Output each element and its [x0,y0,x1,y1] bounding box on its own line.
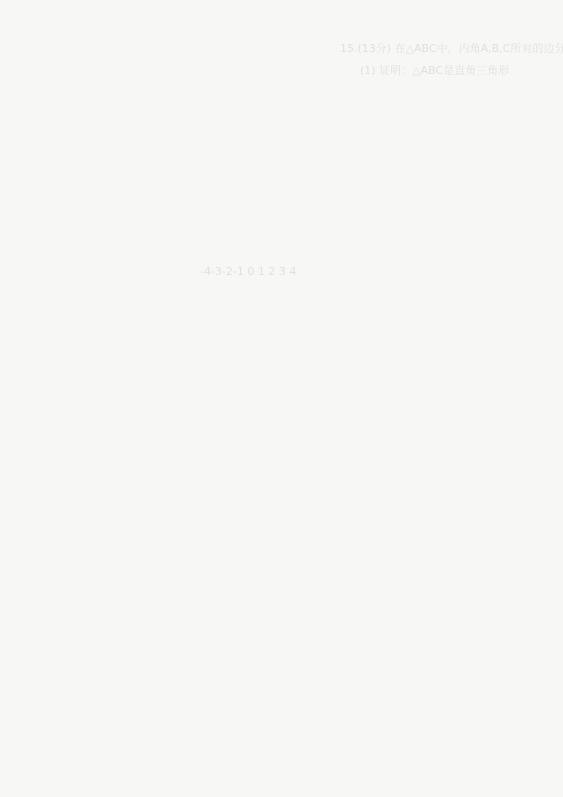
exam-page: 15.(13分) 在△ABC中，内角A,B,C所对的边分别为a,b,c (1) … [0,0,563,797]
bleed-through-text: (1) 证明：△ABC是直角三角形 [360,62,509,78]
bleed-through-text: -4-3-2-1 0 1 2 3 4 [200,265,296,278]
bleed-through-text: 15.(13分) 在△ABC中，内角A,B,C所对的边分别为a,b,c [340,40,563,56]
